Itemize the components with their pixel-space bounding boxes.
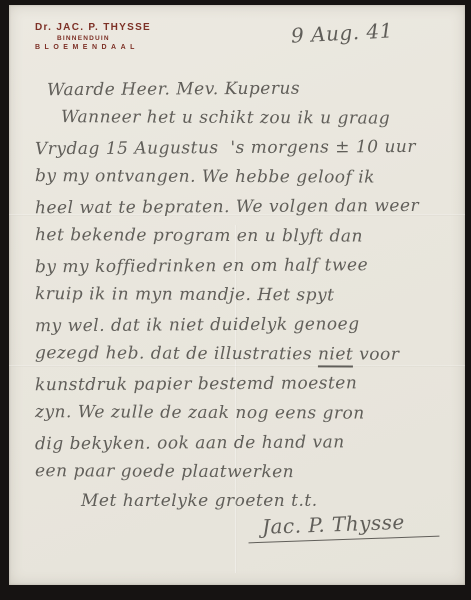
letter-line: kunstdruk papier bestemd moesten: [35, 368, 445, 400]
signature: Jac. P. Thysse: [248, 508, 440, 543]
letter-line-underlined: gezegd heb. dat de illustraties niet voo…: [35, 339, 445, 370]
letterhead-house: BINNENDUIN: [57, 35, 185, 44]
letter-line: dig bekyken. ook aan de hand van: [35, 427, 445, 459]
letterhead-name: Dr. JAC. P. THYSSE: [35, 21, 185, 35]
letter-line: heel wat te bepraten. We volgen dan weer: [35, 191, 445, 223]
salutation: Waarde Heer. Mev. Kuperus: [47, 73, 445, 105]
handwritten-date: 9 Aug. 41: [291, 18, 394, 47]
letter-line: het bekende program en u blyft dan: [35, 221, 445, 252]
letter-line: zyn. We zulle de zaak nog eens gron: [35, 398, 445, 429]
letter-line: Vrydag 15 Augustus 's morgens ± 10 uur: [35, 132, 445, 164]
line-pre: gezegd heb. dat de illustraties: [35, 343, 318, 364]
letter-line: my wel. dat ik niet duidelyk genoeg: [35, 309, 445, 341]
letter-body: Waarde Heer. Mev. Kuperus Wanneer het u …: [35, 75, 445, 540]
letter-line: by my ontvangen. We hebbe geloof ik: [35, 162, 445, 193]
letterhead-city: BLOEMENDAAL: [35, 43, 185, 52]
letter-line: Wanneer het u schikt zou ik u graag: [61, 103, 445, 134]
signature-row: Jac. P. Thysse: [35, 512, 445, 540]
letter-line: een paar goede plaatwerken: [35, 457, 445, 488]
letter-line: kruip ik in myn mandje. Het spyt: [35, 280, 445, 311]
underlined-word: niet: [318, 345, 353, 368]
letter-paper: Dr. JAC. P. THYSSE BINNENDUIN BLOEMENDAA…: [9, 5, 465, 585]
letterhead: Dr. JAC. P. THYSSE BINNENDUIN BLOEMENDAA…: [35, 21, 185, 53]
letter-line: by my koffiedrinken en om half twee: [35, 250, 445, 282]
line-post: voor: [353, 345, 399, 365]
scanned-letter: Dr. JAC. P. THYSSE BINNENDUIN BLOEMENDAA…: [0, 0, 471, 600]
